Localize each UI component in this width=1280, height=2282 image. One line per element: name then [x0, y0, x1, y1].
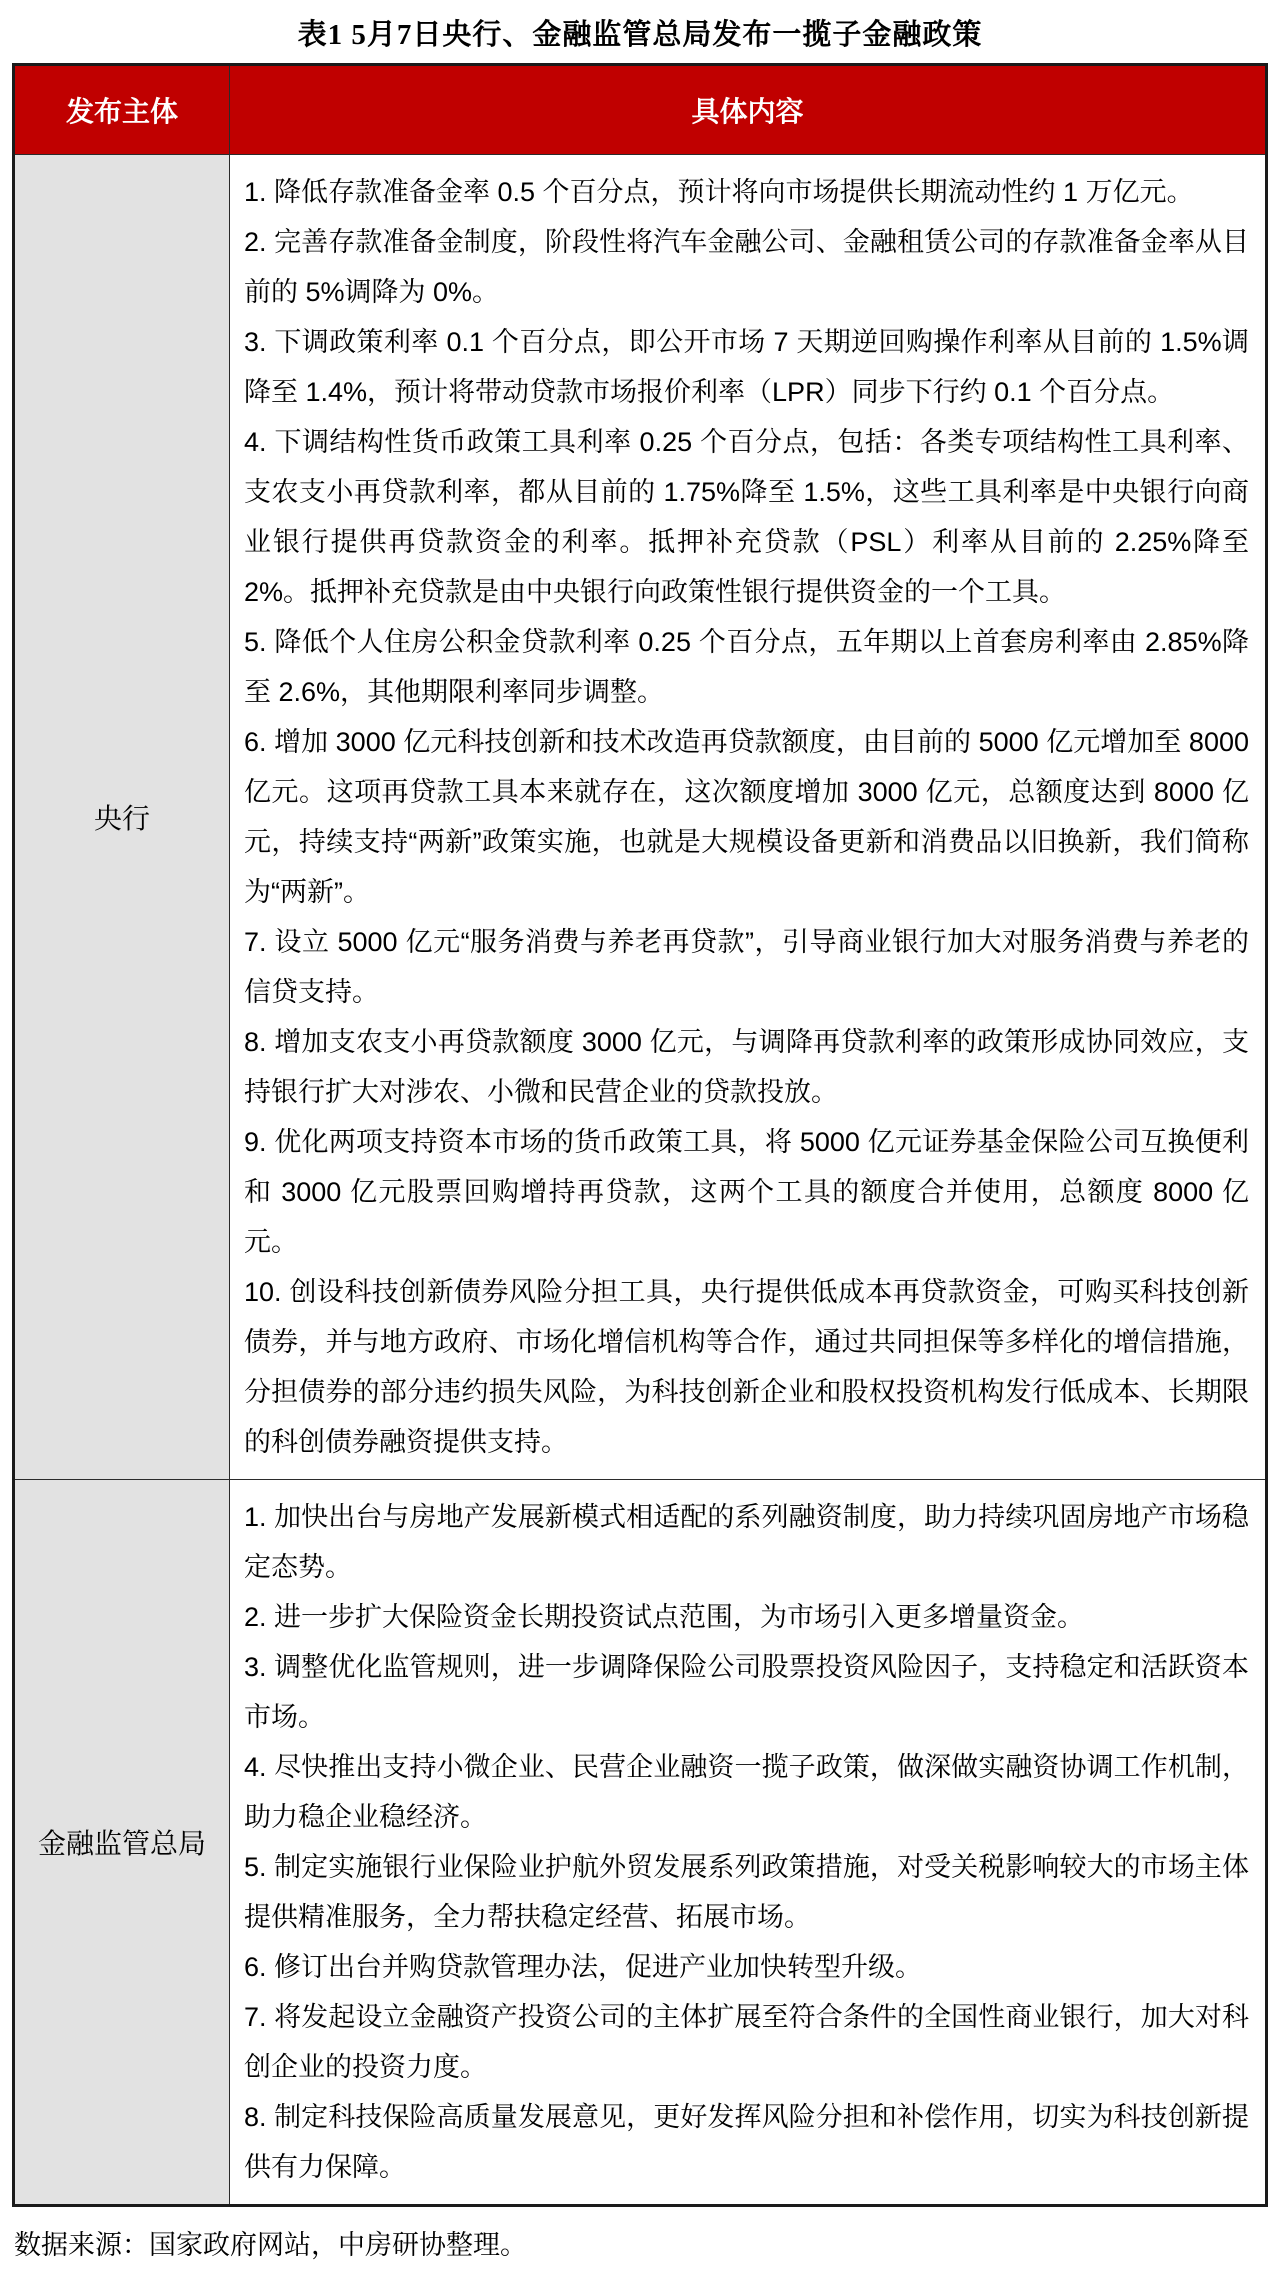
entity-cell: 金融监管总局	[14, 1480, 230, 2206]
policy-item: 3. 调整优化监管规则，进一步调降保险公司股票投资风险因子，支持稳定和活跃资本市…	[244, 1642, 1249, 1742]
policy-item: 3. 下调政策利率 0.1 个百分点，即公开市场 7 天期逆回购操作利率从目前的…	[244, 317, 1249, 417]
table-body: 央行1. 降低存款准备金率 0.5 个百分点，预计将向市场提供长期流动性约 1 …	[14, 155, 1267, 2206]
table-row: 央行1. 降低存款准备金率 0.5 个百分点，预计将向市场提供长期流动性约 1 …	[14, 155, 1267, 1480]
policy-item: 7. 设立 5000 亿元“服务消费与养老再贷款”，引导商业银行加大对服务消费与…	[244, 917, 1249, 1017]
policy-item: 5. 降低个人住房公积金贷款利率 0.25 个百分点，五年期以上首套房利率由 2…	[244, 617, 1249, 717]
page: 表1 5月7日央行、金融监管总局发布一揽子金融政策 发布主体 具体内容 央行1.…	[0, 0, 1280, 2282]
policy-item: 7. 将发起设立金融资产投资公司的主体扩展至符合条件的全国性商业银行，加大对科创…	[244, 1992, 1249, 2092]
policy-item: 8. 制定科技保险高质量发展意见，更好发挥风险分担和补偿作用，切实为科技创新提供…	[244, 2092, 1249, 2192]
header-row: 发布主体 具体内容	[14, 65, 1267, 155]
policy-table: 发布主体 具体内容 央行1. 降低存款准备金率 0.5 个百分点，预计将向市场提…	[12, 63, 1268, 2207]
policy-item: 9. 优化两项支持资本市场的货币政策工具，将 5000 亿元证券基金保险公司互换…	[244, 1117, 1249, 1267]
policy-item: 8. 增加支农支小再贷款额度 3000 亿元，与调降再贷款利率的政策形成协同效应…	[244, 1017, 1249, 1117]
content-cell: 1. 加快出台与房地产发展新模式相适配的系列融资制度，助力持续巩固房地产市场稳定…	[230, 1480, 1267, 2206]
policy-item: 6. 增加 3000 亿元科技创新和技术改造再贷款额度，由目前的 5000 亿元…	[244, 717, 1249, 917]
table-title: 表1 5月7日央行、金融监管总局发布一揽子金融政策	[12, 8, 1268, 63]
entity-cell: 央行	[14, 155, 230, 1480]
header-entity: 发布主体	[14, 65, 230, 155]
policy-item: 2. 进一步扩大保险资金长期投资试点范围，为市场引入更多增量资金。	[244, 1592, 1249, 1642]
policy-item: 4. 下调结构性货币政策工具利率 0.25 个百分点，包括：各类专项结构性工具利…	[244, 417, 1249, 617]
table-row: 金融监管总局1. 加快出台与房地产发展新模式相适配的系列融资制度，助力持续巩固房…	[14, 1480, 1267, 2206]
policy-item: 6. 修订出台并购贷款管理办法，促进产业加快转型升级。	[244, 1942, 1249, 1992]
content-cell: 1. 降低存款准备金率 0.5 个百分点，预计将向市场提供长期流动性约 1 万亿…	[230, 155, 1267, 1480]
policy-item: 2. 完善存款准备金制度，阶段性将汽车金融公司、金融租赁公司的存款准备金率从目前…	[244, 217, 1249, 317]
header-content: 具体内容	[230, 65, 1267, 155]
source-note: 数据来源：国家政府网站，中房研协整理。	[12, 2207, 1268, 2262]
policy-item: 10. 创设科技创新债券风险分担工具，央行提供低成本再贷款资金，可购买科技创新债…	[244, 1267, 1249, 1467]
policy-item: 1. 加快出台与房地产发展新模式相适配的系列融资制度，助力持续巩固房地产市场稳定…	[244, 1492, 1249, 1592]
policy-item: 5. 制定实施银行业保险业护航外贸发展系列政策措施，对受关税影响较大的市场主体提…	[244, 1842, 1249, 1942]
policy-item: 1. 降低存款准备金率 0.5 个百分点，预计将向市场提供长期流动性约 1 万亿…	[244, 167, 1249, 217]
policy-item: 4. 尽快推出支持小微企业、民营企业融资一揽子政策，做深做实融资协调工作机制，助…	[244, 1742, 1249, 1842]
